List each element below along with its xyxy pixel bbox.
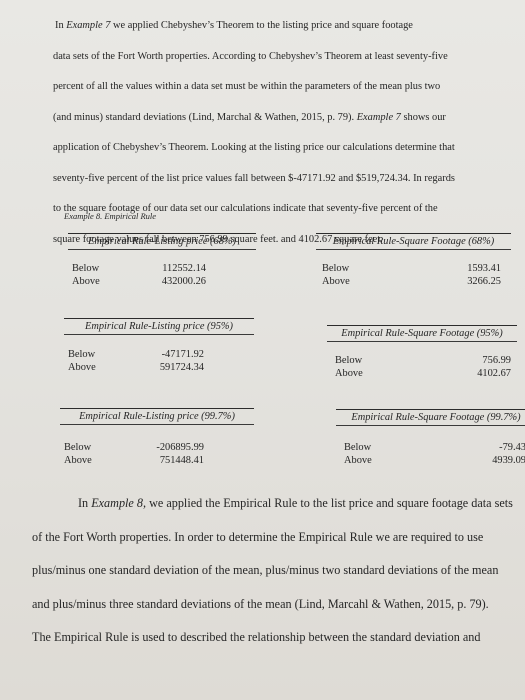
row-label-above: Above: [344, 454, 372, 467]
table-row: Below-79.43: [344, 441, 525, 454]
table-row: Above4939.09: [344, 454, 525, 467]
row-value-above: 4102.67: [477, 367, 511, 380]
table-title: Empirical Rule-Listing price (99.7%): [60, 408, 254, 425]
text-run: we applied the Empirical Rule to the lis…: [146, 496, 513, 510]
row-value-below: -206895.99: [156, 441, 204, 454]
text-line: of the Fort Worth properties. In order t…: [32, 521, 513, 555]
text-run: of the Fort Worth properties. In order t…: [32, 530, 483, 544]
table-row: Below756.99: [335, 354, 511, 367]
paragraph-empirical-rule: In Example 8, we applied the Empirical R…: [32, 487, 513, 655]
row-label-below: Below: [322, 262, 349, 275]
row-label-above: Above: [322, 275, 350, 288]
table-body: Below756.99Above4102.67: [327, 354, 517, 380]
text-line: seventy-five percent of the list price v…: [53, 164, 455, 195]
text-run: (and minus) standard deviations (Lind, M…: [53, 112, 357, 123]
text-line: data sets of the Fort Worth properties. …: [53, 42, 455, 73]
text-line: plus/minus one standard deviation of the…: [32, 554, 513, 588]
table-row: Above751448.41: [64, 454, 204, 467]
text-run: In: [78, 496, 91, 510]
row-label-above: Above: [72, 275, 100, 288]
row-value-above: 3266.25: [467, 275, 501, 288]
table-title: Empirical Rule-Square Footage (68%): [316, 233, 511, 250]
text-line: The Empirical Rule is used to described …: [32, 621, 513, 655]
text-line: In Example 8, we applied the Empirical R…: [32, 487, 513, 521]
table-listing-68: Empirical Rule-Listing price (68%)Below1…: [68, 233, 256, 288]
table-title: Empirical Rule-Listing price (95%): [64, 318, 254, 335]
row-label-above: Above: [68, 361, 96, 374]
table-caption: Example 8. Empirical Rule: [64, 211, 156, 221]
table-row: Below1593.41: [322, 262, 501, 275]
row-label-below: Below: [72, 262, 99, 275]
text-run: shows our: [401, 112, 446, 123]
text-run: data sets of the Fort Worth properties. …: [53, 51, 448, 62]
text-line: and plus/minus three standard deviations…: [32, 588, 513, 622]
row-value-above: 591724.34: [160, 361, 204, 374]
table-body: Below-47171.92Above591724.34: [64, 348, 254, 374]
text-line: application of Chebyshev’s Theorem. Look…: [53, 133, 455, 164]
table-listing-997: Empirical Rule-Listing price (99.7%)Belo…: [60, 408, 254, 467]
table-body: Below112552.14Above432000.26: [68, 262, 256, 288]
text-run: In: [55, 20, 66, 31]
table-title: Empirical Rule-Square Footage (95%): [327, 325, 517, 342]
text-line: percent of all the values within a data …: [53, 72, 455, 103]
text-run: percent of all the values within a data …: [53, 81, 440, 92]
row-label-above: Above: [335, 367, 363, 380]
table-title: Empirical Rule-Listing price (68%): [68, 233, 256, 250]
row-label-below: Below: [68, 348, 95, 361]
text-run: The Empirical Rule is used to described …: [32, 630, 480, 644]
row-value-above: 751448.41: [160, 454, 204, 467]
table-body: Below-79.43Above4939.09: [336, 441, 525, 467]
table-row: Below-47171.92: [68, 348, 204, 361]
row-value-below: -79.43: [499, 441, 525, 454]
table-body: Below-206895.99Above751448.41: [60, 441, 254, 467]
row-value-below: 756.99: [482, 354, 511, 367]
row-label-above: Above: [64, 454, 92, 467]
table-row: Below112552.14: [72, 262, 206, 275]
row-label-below: Below: [344, 441, 371, 454]
row-value-below: 112552.14: [162, 262, 206, 275]
row-label-below: Below: [64, 441, 91, 454]
table-sqft-68: Empirical Rule-Square Footage (68%)Below…: [316, 233, 511, 288]
table-body: Below1593.41Above3266.25: [316, 262, 511, 288]
text-run: we applied Chebyshev’s Theorem to the li…: [110, 20, 413, 31]
text-run: seventy-five percent of the list price v…: [53, 173, 455, 184]
italic-reference: Example 7: [357, 112, 401, 123]
italic-reference: Example 7: [66, 20, 110, 31]
text-line: In Example 7 we applied Chebyshev’s Theo…: [55, 11, 455, 42]
table-row: Above3266.25: [322, 275, 501, 288]
table-row: Above432000.26: [72, 275, 206, 288]
text-run: and plus/minus three standard deviations…: [32, 597, 489, 611]
text-run: plus/minus one standard deviation of the…: [32, 563, 498, 577]
table-sqft-997: Empirical Rule-Square Footage (99.7%)Bel…: [336, 409, 525, 467]
table-row: Above4102.67: [335, 367, 511, 380]
table-listing-95: Empirical Rule-Listing price (95%)Below-…: [64, 318, 254, 374]
table-row: Below-206895.99: [64, 441, 204, 454]
table-row: Above591724.34: [68, 361, 204, 374]
text-line: (and minus) standard deviations (Lind, M…: [53, 103, 455, 134]
row-label-below: Below: [335, 354, 362, 367]
row-value-above: 432000.26: [162, 275, 206, 288]
row-value-above: 4939.09: [492, 454, 525, 467]
row-value-below: 1593.41: [467, 262, 501, 275]
text-run: application of Chebyshev’s Theorem. Look…: [53, 142, 455, 153]
row-value-below: -47171.92: [162, 348, 204, 361]
table-title: Empirical Rule-Square Footage (99.7%): [336, 409, 525, 426]
table-sqft-95: Empirical Rule-Square Footage (95%)Below…: [327, 325, 517, 380]
italic-reference: Example 8,: [91, 496, 146, 510]
